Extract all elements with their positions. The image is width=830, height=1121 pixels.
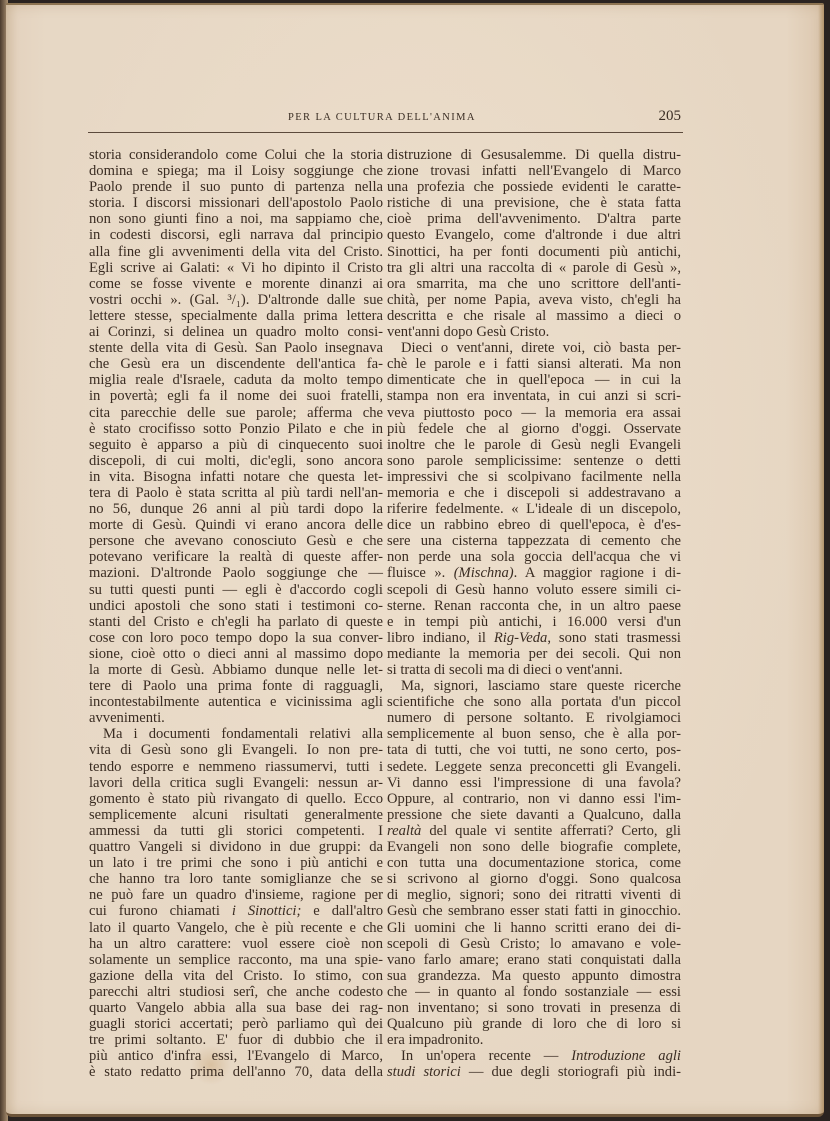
text-line: stampa non era inventata, in cui anzi si…	[387, 388, 681, 404]
text-line: era impadronito.	[387, 1032, 681, 1048]
text-line: mazioni. D'altronde Paolo soggiunge che …	[89, 565, 383, 581]
page-header: Per la cultura dell'anima 205	[88, 108, 683, 134]
text-line: undici apostoli che sono stati i testimo…	[89, 598, 383, 614]
text-line: Gli uomini che li hanno scritti erano de…	[387, 920, 681, 936]
text-line: più fedele che al giorno d'oggi. Osserva…	[387, 421, 681, 437]
text-line: un lato i tre primi che sono i più antic…	[89, 855, 383, 871]
text-line: sterne. Renan racconta che, in un altro …	[387, 598, 681, 614]
text-line: è stato crocifisso sotto Ponzio Pilato e…	[89, 421, 383, 437]
text-segment: cui furono chiamati	[89, 903, 220, 919]
text-line: sere una cisterna tappezzata di cemento …	[387, 533, 681, 549]
text-segment: del quale vi sentite afferrati? Certo, g…	[429, 823, 681, 839]
text-line: non inventano; si sono trovati in presen…	[387, 1000, 681, 1016]
text-line: che hanno tra loro tante somiglianze che…	[89, 871, 383, 887]
text-line: semplicemente alcuni risultati generalme…	[89, 807, 383, 823]
text-line: incontestabilmente autentica e vicinissi…	[89, 694, 383, 710]
text-line: quattro Vangeli si dividono in due grupp…	[89, 839, 383, 855]
running-title: Per la cultura dell'anima	[288, 112, 476, 123]
text-line: stanti del Cristo e ch'egli ha parlato d…	[89, 614, 383, 630]
text-line: di meglio, signori; sono dei ritratti vi…	[387, 887, 681, 903]
text-line: alla fine gli avvenimenti della vita del…	[89, 244, 383, 260]
text-line: che — in quanto al fondo sostanziale — e…	[387, 984, 681, 1000]
text-line: ammessi da tutti gli storici competenti.…	[89, 823, 383, 839]
text-line: dice un rabbino ebreo di quell'epoca, è …	[387, 517, 681, 533]
text-line: pressione che siete davanti a Qualcuno, …	[387, 807, 681, 823]
text-line: sono parole semplicissime: sentenze o de…	[387, 453, 681, 469]
text-line: Paolo prende il suo punto di partenza ne…	[89, 179, 383, 195]
text-line: Oppure, al contrario, non vi danno essi …	[387, 791, 681, 807]
text-line: miglia reale d'Israele, caduta da molto …	[89, 372, 383, 388]
text-line: zione trovasi infatti nell'Evangelo di M…	[387, 163, 681, 179]
text-line: memoria e che i discepoli si addestravan…	[387, 485, 681, 501]
text-line: numero di persone soltanto. E rivolgiamo…	[387, 710, 681, 726]
text-line: tere di Paolo una prima fonte di ragguag…	[89, 678, 383, 694]
text-line: lettere stesse, specialmente dalla prima…	[89, 308, 383, 324]
text-line: storia considerandolo come Colui che la …	[89, 147, 383, 163]
text-line: sedete. Leggete senza preconcetti gli Ev…	[387, 759, 681, 775]
text-line: sua grandezza. Ma questo appunto dimostr…	[387, 968, 681, 984]
text-line-mixed: realtà del quale vi sentite afferrati? C…	[387, 823, 681, 839]
text-line: ai Corinzi, si delinea un quadro molto c…	[89, 324, 383, 340]
italic-term-sinottici: i Sinottici;	[232, 903, 302, 919]
page-number: 205	[659, 108, 682, 125]
text-line: Evangeli non sono delle biografie comple…	[387, 839, 681, 855]
text-line: Qualcuno più grande di loro che di loro …	[387, 1016, 681, 1032]
text-line: cioè prima dell'avvenimento. D'altra par…	[387, 211, 681, 227]
text-line: vostri occhi ». (Gal. ³/₁). D'altronde d…	[89, 292, 383, 308]
paragraph-start-line: Dieci o vent'anni, direte voi, ciò basta…	[387, 340, 681, 356]
text-line: scepoli di Gesù hanno voluto essere simi…	[387, 582, 681, 598]
text-line: impressivi che si scolpivano facilmente …	[387, 469, 681, 485]
text-line: gazione della vita del Cristo. Io stimo,…	[89, 968, 383, 984]
text-line: ha un altro carattere: vuol essere cioè …	[89, 936, 383, 952]
text-line: no 56, dunque 26 anni al più tardi dopo …	[89, 501, 383, 517]
text-line: avvenimenti.	[89, 710, 383, 726]
text-line: in codesti discorsi, egli narrava dal pr…	[89, 227, 383, 243]
left-column: storia considerandolo come Colui che la …	[89, 147, 383, 1080]
text-line-mixed: fluisce ». (Mischna). A maggior ragione …	[387, 565, 681, 581]
text-segment: , sono stati trasmessi	[547, 630, 681, 646]
text-segment: In un'opera recente —	[401, 1048, 558, 1064]
text-line: dimenticate che in quell'epoca — in cui …	[387, 372, 681, 388]
text-line: in povertà; egli fa il nome dei suoi fra…	[89, 388, 383, 404]
text-line: Gesù che sembrano esser stati fatti in g…	[387, 903, 681, 919]
text-line: questo Evangelo, come d'altronde i due a…	[387, 227, 681, 243]
text-line: discepoli, di cui molti, dic'egli, sono …	[89, 453, 383, 469]
text-line: distruzione di Gesusalemme. Di quella di…	[387, 147, 681, 163]
text-line: scientifiche che sono alla portata d'un …	[387, 694, 681, 710]
text-line: inoltre che le parole di Gesù negli Evan…	[387, 437, 681, 453]
text-line-mixed: libro indiano, il Rig-Veda, sono stati t…	[387, 630, 681, 646]
text-line: non perde una sola goccia dell'acqua che…	[387, 549, 681, 565]
text-line: tra gli altri una raccolta di « parole d…	[387, 260, 681, 276]
text-line: potevano verificare la realtà di queste …	[89, 549, 383, 565]
text-line: chè le parole e i fatti siansi alterati.…	[387, 356, 681, 372]
text-line: cita parecchie delle sue parole; afferma…	[89, 405, 383, 421]
text-line: tata di tutti, che voi tutti, ne sono ce…	[387, 742, 681, 758]
text-line: lato il quarto Vangelo, che è più recent…	[89, 920, 383, 936]
paragraph-start-line: Ma, signori, lasciamo stare queste ricer…	[387, 678, 681, 694]
text-line-mixed: cui furono chiamati i Sinottici; e dall'…	[89, 903, 383, 919]
text-line: quarto Vangelo abbia alla sua base dei r…	[89, 1000, 383, 1016]
italic-title-introduzione: Introduzione agli	[571, 1048, 681, 1064]
italic-term-realta: realtà	[387, 823, 421, 839]
text-line: vano farlo amare; erano stati conquistat…	[387, 952, 681, 968]
italic-term-rigveda: Rig-Veda	[494, 630, 548, 646]
text-line: solamente un semplice racconto, ma una s…	[89, 952, 383, 968]
text-line: è stato redatto prima dell'anno 70, data…	[89, 1064, 383, 1080]
text-segment: e dall'altro	[301, 903, 383, 919]
text-line: su tutti questi punti — egli è d'accordo…	[89, 582, 383, 598]
paragraph-start-line: Ma i documenti fondamentali relativi all…	[89, 726, 383, 742]
text-line: stente della vita di Gesù. San Paolo ins…	[89, 340, 383, 356]
text-line: più antico d'infra essi, l'Evangelo di M…	[89, 1048, 383, 1064]
text-line: una profezia che possiede evidenti le ca…	[387, 179, 681, 195]
text-line: vent'anni dopo Gesù Cristo.	[387, 324, 681, 340]
text-line: lavori della critica sugli Evangeli: nes…	[89, 775, 383, 791]
text-line: non sono giunti fino a noi, ma sappiamo …	[89, 211, 383, 227]
text-line: sione, cioè otto o dieci anni al massimo…	[89, 646, 383, 662]
text-line: riferire fedelmente. « L'ideale di un di…	[387, 501, 681, 517]
text-line: e in tempi più antichi, i 16.000 versi d…	[387, 614, 681, 630]
text-line: si tratta di secoli ma di dieci o vent'a…	[387, 662, 681, 678]
text-line: seguito è apparso a più di cinquecento s…	[89, 437, 383, 453]
text-segment: . A maggior ragione i di-	[514, 565, 681, 581]
text-line: tera di Paolo è stata scritta al più tar…	[89, 485, 383, 501]
text-line-mixed: studi storici — due degli storiografi pi…	[387, 1064, 681, 1080]
text-line: persone che avevano conosciuto Gesù e ch…	[89, 533, 383, 549]
text-line: mediante la memoria per dei secoli. Qui …	[387, 646, 681, 662]
text-line: semplicemente al buon senso, che è alla …	[387, 726, 681, 742]
text-line: tendo esporre e nemmeno riassumervi, tut…	[89, 759, 383, 775]
text-line: domina e spiega; ma il Loisy soggiunge c…	[89, 163, 383, 179]
text-line: ristiche di una previsione, che è stata …	[387, 195, 681, 211]
text-segment: libro indiano, il	[387, 630, 486, 646]
text-line: con tutta una documentazione storica, co…	[387, 855, 681, 871]
text-line: Egli scrive ai Galati: « Vi ho dipinto i…	[89, 260, 383, 276]
header-rule	[88, 132, 683, 133]
text-line: scepoli di Gesù Cristo; lo amavano e vol…	[387, 936, 681, 952]
text-line: cose con loro poco tempo dopo la sua con…	[89, 630, 383, 646]
text-segment: fluisce ».	[387, 565, 445, 581]
text-line: vita di Gesù sono gli Evangeli. Io non p…	[89, 742, 383, 758]
text-line: Vi danno essi l'impressione di una favol…	[387, 775, 681, 791]
text-line: gomento è stato più rivangato di quello.…	[89, 791, 383, 807]
italic-term-mischna: (Mischna)	[454, 565, 514, 581]
text-segment: — due degli storiografi più indi-	[469, 1064, 681, 1080]
text-line: la morte di Gesù. Abbiamo dunque nelle l…	[89, 662, 383, 678]
text-line: storia. I discorsi missionari dell'apost…	[89, 195, 383, 211]
text-line: ne può fare un quadro d'insieme, ragione…	[89, 887, 383, 903]
text-line: si scrivono al giorno d'oggi. Sono qualc…	[387, 871, 681, 887]
text-line: Sinottici, ha per fonti documenti più an…	[387, 244, 681, 260]
text-line-mixed: In un'opera recente — Introduzione agli	[387, 1048, 681, 1064]
text-line: parecchi altri studiosi serî, che anche …	[89, 984, 383, 1000]
text-line: come se fosse vivente e morente dinanzi …	[89, 276, 383, 292]
text-line: chità, per nome Papia, aveva visto, ch'e…	[387, 292, 681, 308]
text-line: guagli storici accertati; però parliamo …	[89, 1016, 383, 1032]
text-line: morte di Gesù. Quindi vi erano ancora de…	[89, 517, 383, 533]
text-line: in vita. Bisogna infatti notare che ques…	[89, 469, 383, 485]
text-line: veva piuttosto poco — la memoria era ass…	[387, 405, 681, 421]
text-line: che Gesù era un discendente dell'antica …	[89, 356, 383, 372]
text-line: descritta e che risale al massimo a diec…	[387, 308, 681, 324]
text-line: tre primi soltanto. E' fuor di dubbio ch…	[89, 1032, 383, 1048]
right-column: distruzione di Gesusalemme. Di quella di…	[387, 147, 681, 1080]
text-line: ora smarrita, ma che uno scrittore dell'…	[387, 276, 681, 292]
italic-title-studi-storici: studi storici	[387, 1064, 461, 1080]
